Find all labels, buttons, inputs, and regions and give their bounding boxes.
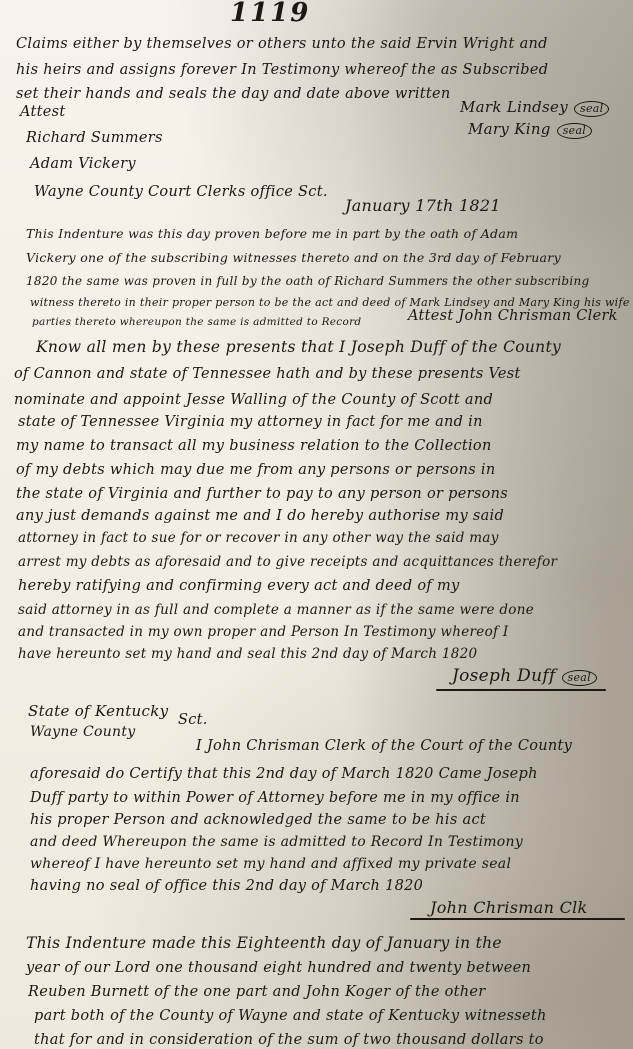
signature-joseph-duff: Joseph Duffseal	[452, 666, 597, 686]
witness-name: Adam Vickery	[30, 156, 136, 172]
text-line: and deed Whereupon the same is admitted …	[30, 834, 523, 850]
text-line: any just demands against me and I do her…	[16, 508, 504, 524]
text-line: his proper Person and acknowledged the s…	[30, 812, 486, 828]
text-line: whereof I have hereunto set my hand and …	[30, 856, 511, 872]
text-line: the state of Virginia and further to pay…	[16, 486, 508, 502]
text-line: aforesaid do Certify that this 2nd day o…	[30, 766, 538, 782]
text-line: his heirs and assigns forever In Testimo…	[16, 62, 548, 78]
page-number: 1119	[230, 0, 310, 28]
text-line: I John Chrisman Clerk of the Court of th…	[196, 738, 572, 754]
text-line: Vickery one of the subscribing witnesses…	[26, 250, 561, 265]
seal-icon: seal	[557, 123, 592, 139]
witness-name: Richard Summers	[26, 130, 163, 146]
text-line: my name to transact all my business rela…	[16, 438, 492, 454]
text-line: parties thereto whereupon the same is ad…	[32, 316, 361, 328]
text-line: This Indenture made this Eighteenth day …	[26, 934, 502, 952]
document-page: 1119 Claims either by themselves or othe…	[0, 0, 633, 1049]
text-line: Reuben Burnett of the one part and John …	[28, 984, 486, 1000]
text-line: said attorney in as full and complete a …	[18, 602, 534, 618]
attest-label: Attest	[20, 104, 66, 120]
clerk-attest: Attest John Chrisman Clerk	[408, 308, 618, 324]
text-line: hereby ratifying and confirming every ac…	[18, 578, 460, 594]
text-line: set their hands and seals the day and da…	[16, 86, 451, 102]
text-line: attorney in fact to sue for or recover i…	[18, 530, 499, 546]
text-line: of my debts which may due me from any pe…	[16, 462, 496, 478]
county-heading: Wayne County	[30, 724, 136, 740]
text-line: Claims either by themselves or others un…	[16, 36, 621, 52]
signature-text: Joseph Duff	[452, 666, 556, 686]
signatory-name: Mark Lindseyseal	[460, 98, 609, 117]
text-line: Know all men by these presents that I Jo…	[36, 338, 561, 356]
signature-underline	[410, 918, 625, 920]
text-line: This Indenture was this day proven befor…	[26, 226, 518, 241]
signature-underline	[436, 689, 606, 691]
signature-mark-lindsey: Mark Lindsey	[460, 98, 568, 116]
signature-john-chrisman: John Chrisman Clk	[430, 898, 588, 917]
text-line: 1820 the same was proven in full by the …	[26, 274, 589, 288]
text-line: arrest my debts as aforesaid and to give…	[18, 554, 557, 570]
clerk-office-heading: Wayne County Court Clerks office Sct.	[34, 184, 328, 200]
seal-icon: seal	[574, 101, 609, 117]
text-line: of Cannon and state of Tennessee hath an…	[14, 366, 521, 382]
text-line: that for and in consideration of the sum…	[34, 1032, 544, 1048]
text-line: state of Tennessee Virginia my attorney …	[18, 414, 483, 430]
text-line: Duff party to within Power of Attorney b…	[30, 790, 520, 806]
text-line: nominate and appoint Jesse Walling of th…	[14, 392, 493, 408]
text-line: part both of the County of Wayne and sta…	[34, 1008, 547, 1024]
text-line: year of our Lord one thousand eight hund…	[26, 960, 531, 976]
sct-label: Sct.	[178, 712, 208, 728]
seal-icon: seal	[562, 670, 597, 686]
text-line: having no seal of office this 2nd day of…	[30, 878, 423, 894]
text-line: and transacted in my own proper and Pers…	[18, 624, 509, 640]
signature-mary-king: Mary King	[468, 120, 551, 138]
signatory-name: Mary Kingseal	[468, 120, 592, 139]
text-line: have hereunto set my hand and seal this …	[18, 646, 477, 662]
state-heading: State of Kentucky	[28, 702, 168, 720]
certificate-date: January 17th 1821	[345, 196, 501, 215]
